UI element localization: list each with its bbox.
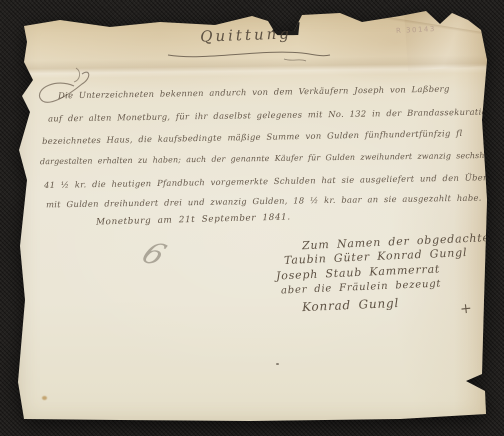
document-title: Quittung (176, 25, 316, 46)
manuscript-paper: Quittung R 30143 Die Unterzeichneten bek… (18, 10, 490, 424)
body-line: bezeichnetes Haus, die kaufsbedingte mäß… (42, 129, 463, 145)
body-line: dargestalten erhalten zu haben; auch der… (40, 152, 497, 166)
right-edge-band (454, 10, 490, 424)
date-line: Monetburg am 21t September 1841. (96, 213, 291, 227)
title-underline-flourish (164, 46, 334, 64)
body-line: mit Gulden dreihundert drei und zwanzig … (46, 194, 482, 209)
body-line: auf der alten Monetburg, für ihr daselbs… (48, 108, 493, 123)
ink-speck (276, 363, 279, 365)
signature-cross-mark: + (459, 301, 472, 316)
crease-line-diagonal (305, 4, 483, 35)
foxing-spot (42, 396, 47, 400)
body-line: 41 ½ kr. die heutigen Pfandbuch vorgemer… (44, 173, 504, 189)
pencil-mark: 6 (137, 239, 170, 271)
archive-number: R 30143 (396, 25, 436, 35)
body-line: Die Unterzeichneten bekennen andurch von… (58, 85, 450, 100)
fold-flap-top-right (404, 7, 492, 71)
signature-line: Konrad Gungl (302, 297, 400, 313)
manuscript-paper-wrap: Quittung R 30143 Die Unterzeichneten bek… (18, 10, 490, 424)
photo-backdrop: Quittung R 30143 Die Unterzeichneten bek… (0, 0, 504, 436)
signature-line: aber die Fräulein bezeugt (281, 280, 442, 297)
